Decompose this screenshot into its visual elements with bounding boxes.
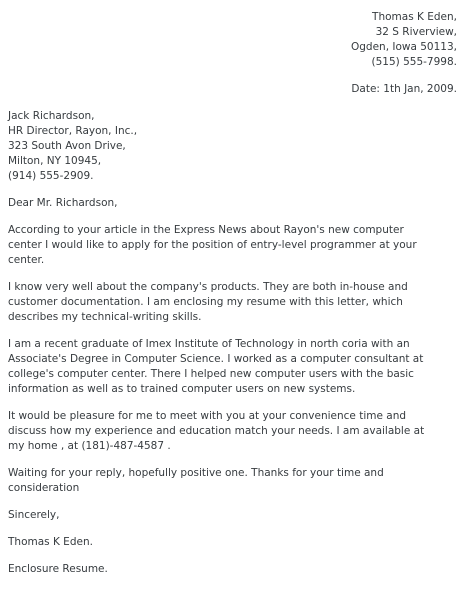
body-paragraph-intro: According to your article in the Express… (8, 223, 457, 268)
body-paragraph-skills: I know very well about the company's pro… (8, 280, 457, 325)
recipient-address: Jack Richardson, HR Director, Rayon, Inc… (8, 109, 457, 184)
body-paragraph-availability: It would be pleasure for me to meet with… (8, 409, 457, 454)
signature-name: Thomas K Eden. (8, 535, 457, 550)
cover-letter-page: Thomas K Eden, 32 S Riverview, Ogden, Io… (0, 0, 463, 603)
enclosure-note: Enclosure Resume. (8, 562, 457, 577)
sender-address: Thomas K Eden, 32 S Riverview, Ogden, Io… (8, 10, 457, 70)
body-paragraph-education: I am a recent graduate of Imex Institute… (8, 337, 457, 397)
salutation: Dear Mr. Richardson, (8, 196, 457, 211)
closing: Sincerely, (8, 508, 457, 523)
date-line: Date: 1th Jan, 2009. (8, 82, 457, 97)
body-paragraph-thanks: Waiting for your reply, hopefully positi… (8, 466, 457, 496)
